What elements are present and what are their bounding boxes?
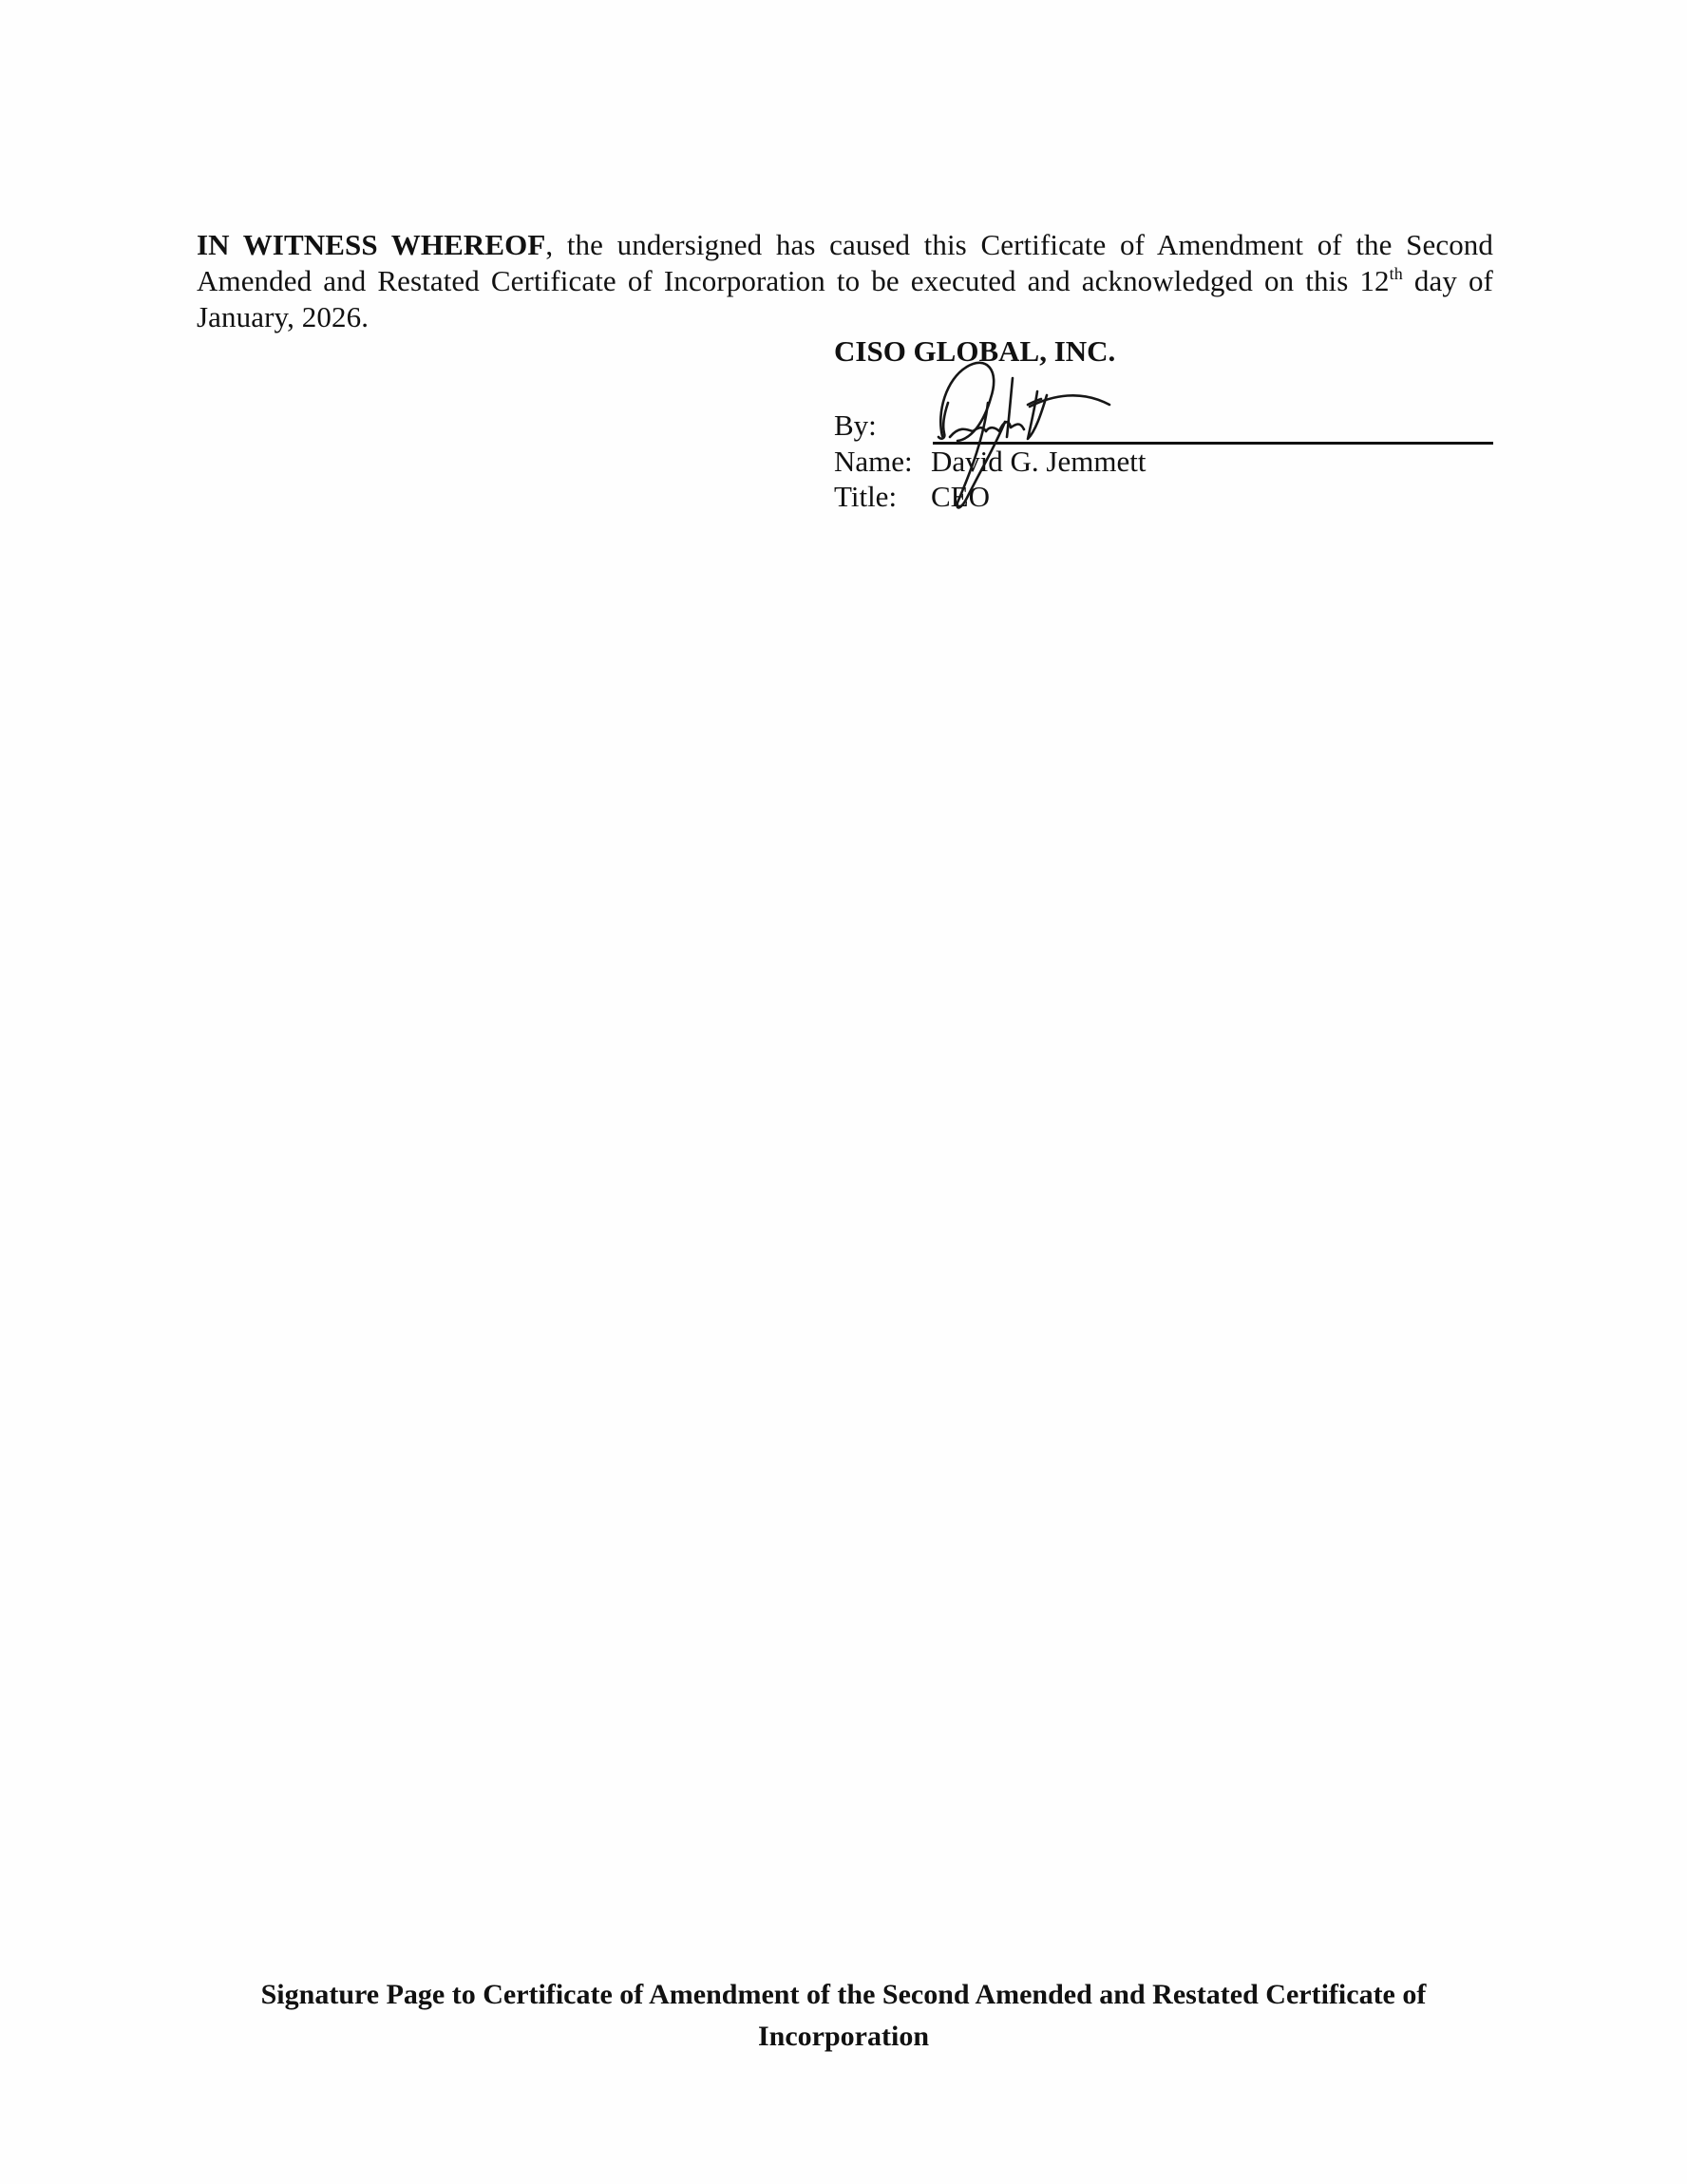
title-label: Title: [834,480,931,514]
document-page: IN WITNESS WHEREOF, the undersigned has … [0,0,1687,2184]
footer-line-2: Incorporation [190,2016,1497,2058]
signature-page-footer: Signature Page to Certificate of Amendme… [190,1974,1497,2058]
witness-lead: IN WITNESS WHEREOF [197,228,545,261]
signature-block: CISO GLOBAL, INC. By: Name:David G. Jemm… [834,334,1499,524]
by-row: By: [834,408,931,443]
day-ordinal-suffix: th [1390,264,1403,283]
footer-line-1: Signature Page to Certificate of Amendme… [190,1974,1497,2016]
by-label: By: [834,408,931,443]
handwritten-signature-icon [929,346,1138,536]
witness-paragraph: IN WITNESS WHEREOF, the undersigned has … [197,227,1493,335]
name-label: Name: [834,445,931,479]
